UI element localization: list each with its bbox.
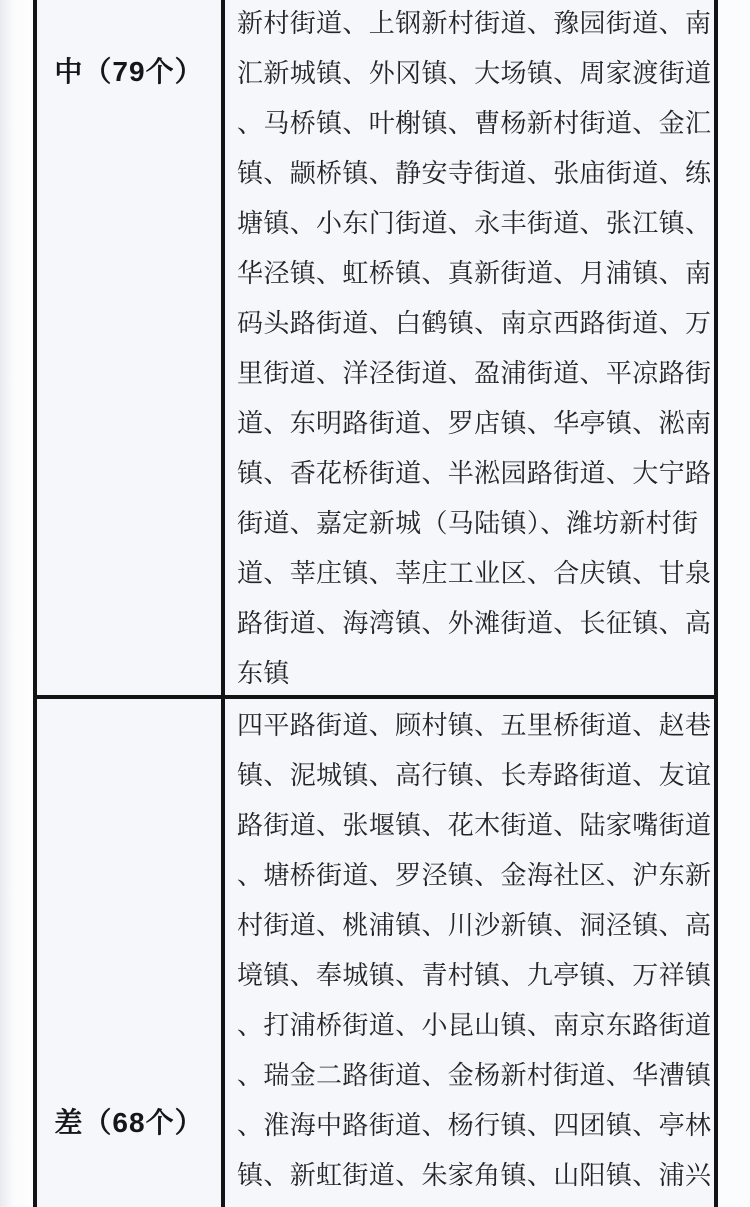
document-page: 中（79个） 新村街道、上钢新村街道、豫园街道、南 汇新城镇、外冈镇、大场镇、周… xyxy=(0,0,750,1207)
page-margin-left xyxy=(0,0,33,1207)
street-list-medium: 新村街道、上钢新村街道、豫园街道、南 汇新城镇、外冈镇、大场镇、周家渡街道 、马… xyxy=(237,0,717,698)
table-column-divider xyxy=(221,0,225,1207)
grade-label-medium: 中（79个） xyxy=(37,50,221,94)
table-border-left xyxy=(33,0,37,1207)
page-margin-right xyxy=(718,0,750,1207)
grade-label-poor: 差（68个） xyxy=(37,1100,221,1146)
street-list-poor: 四平路街道、顾村镇、五里桥街道、赵巷 镇、泥城镇、高行镇、长寿路街道、友谊 路街… xyxy=(237,700,717,1200)
